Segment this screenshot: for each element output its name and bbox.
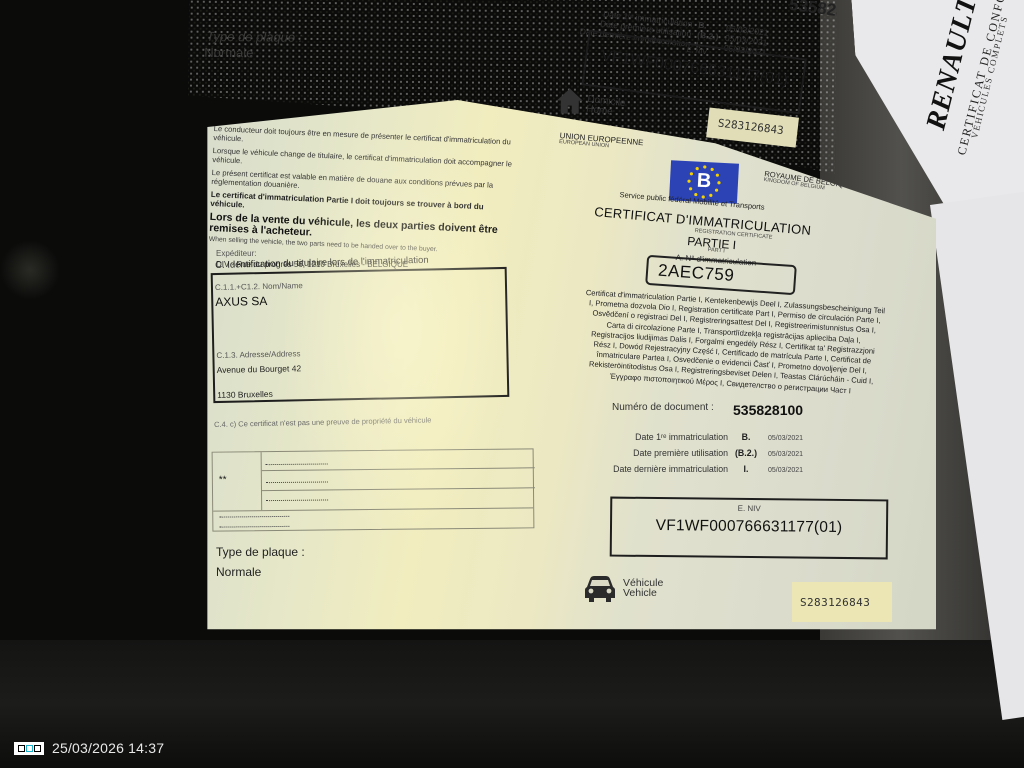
dotted-line (266, 499, 328, 501)
table-line (262, 467, 535, 471)
date-label: Date dernière immatriculation (592, 462, 728, 478)
back-serial: S283126843 (717, 117, 784, 138)
background-glow (0, 240, 60, 300)
date-value: 05/03/2021 (768, 462, 803, 478)
logo-bar (26, 745, 33, 752)
back-serial-sticker: S283126843 (706, 107, 799, 147)
table-line (262, 487, 535, 491)
dotted-line (219, 526, 289, 528)
notice-block: Le conducteur doit toujours être en mesu… (208, 124, 513, 261)
vehicle-label-en: Vehicle (623, 588, 663, 598)
logo-bar (18, 745, 25, 752)
stars-marker: ** (219, 475, 227, 486)
dotted-line (219, 516, 289, 518)
ownership-disclaimer: C.4. c) Ce certificat n'est pas une preu… (214, 415, 432, 429)
car-icon (584, 575, 616, 608)
holder-name: AXUS SA (215, 294, 267, 309)
holder-address-label: C.1.3. Adresse/Address (216, 349, 300, 360)
camera-timestamp-overlay: 25/03/2026 14:37 (14, 740, 164, 756)
back-plate-type-value: Normale (204, 45, 253, 61)
serial-number: S283126843 (800, 596, 870, 609)
date-row: Date première utilisation(B.2.)05/03/202… (592, 446, 803, 462)
photo-timestamp: 25/03/2026 14:37 (52, 740, 164, 756)
date-label: Date 1ʳᵉ immatriculation (592, 430, 728, 446)
home-label: Domicile Home (586, 95, 626, 119)
home-icon (555, 86, 585, 119)
vin-box: E. NIV VF1WF000766631177(01) (610, 497, 889, 560)
date-code: I. (728, 462, 764, 478)
camera-logo-icon (14, 742, 44, 755)
certificate-part-en: PART I (707, 247, 725, 254)
vehicle-label: Véhicule Vehicle (623, 578, 663, 598)
multilingual-title-list: Certificat d'immatriculation Partie I, K… (580, 288, 885, 398)
blank-lines-table: ** (212, 448, 535, 531)
dotted-line (266, 463, 328, 465)
plate-type-value: Normale (216, 565, 261, 579)
registration-number: 2AEC759 (657, 261, 734, 286)
registration-dates: Date 1ʳᵉ immatriculationB.05/03/2021 Dat… (592, 430, 803, 478)
date-value: 05/03/2021 (768, 446, 803, 462)
date-code: B. (728, 430, 764, 446)
eu-label: UNION EUROPEENNE EUROPEAN UNION (559, 132, 644, 153)
date-value: 05/03/2021 (768, 430, 803, 446)
back-plate-type-label: Type de plaque : (206, 29, 302, 45)
vin-number: VF1WF000766631177(01) (612, 517, 886, 538)
holder-address-city: 1130 Bruxelles (217, 389, 273, 400)
holder-box: C.1.1.+C1.2. Nom/Name AXUS SA C.1.3. Adr… (211, 267, 510, 403)
document-number: 535828100 (733, 402, 803, 418)
holder-address-street: Avenue du Bourget 42 (217, 363, 302, 375)
document-number-label: Numéro de document : (612, 402, 714, 413)
serial-sticker: S283126843 (792, 582, 892, 622)
country-code: B (669, 168, 738, 195)
logo-bar (34, 745, 41, 752)
date-row: Date 1ʳᵉ immatriculationB.05/03/2021 (592, 430, 803, 446)
registration-number-box: 2AEC759 (645, 255, 797, 295)
date-code: (B.2.) (728, 446, 764, 462)
plate-type-label: Type de plaque : (216, 545, 305, 559)
date-row: Date dernière immatriculationI.05/03/202… (592, 462, 803, 478)
holder-name-label: C.1.1.+C1.2. Nom/Name (215, 281, 303, 292)
vin-label: E. NIV (612, 503, 886, 515)
registration-certificate-part-1: Le conducteur doit toujours être en mesu… (200, 100, 936, 640)
lines-table-inner (261, 449, 536, 510)
dotted-line (266, 481, 328, 483)
date-label: Date première utilisation (592, 446, 728, 462)
